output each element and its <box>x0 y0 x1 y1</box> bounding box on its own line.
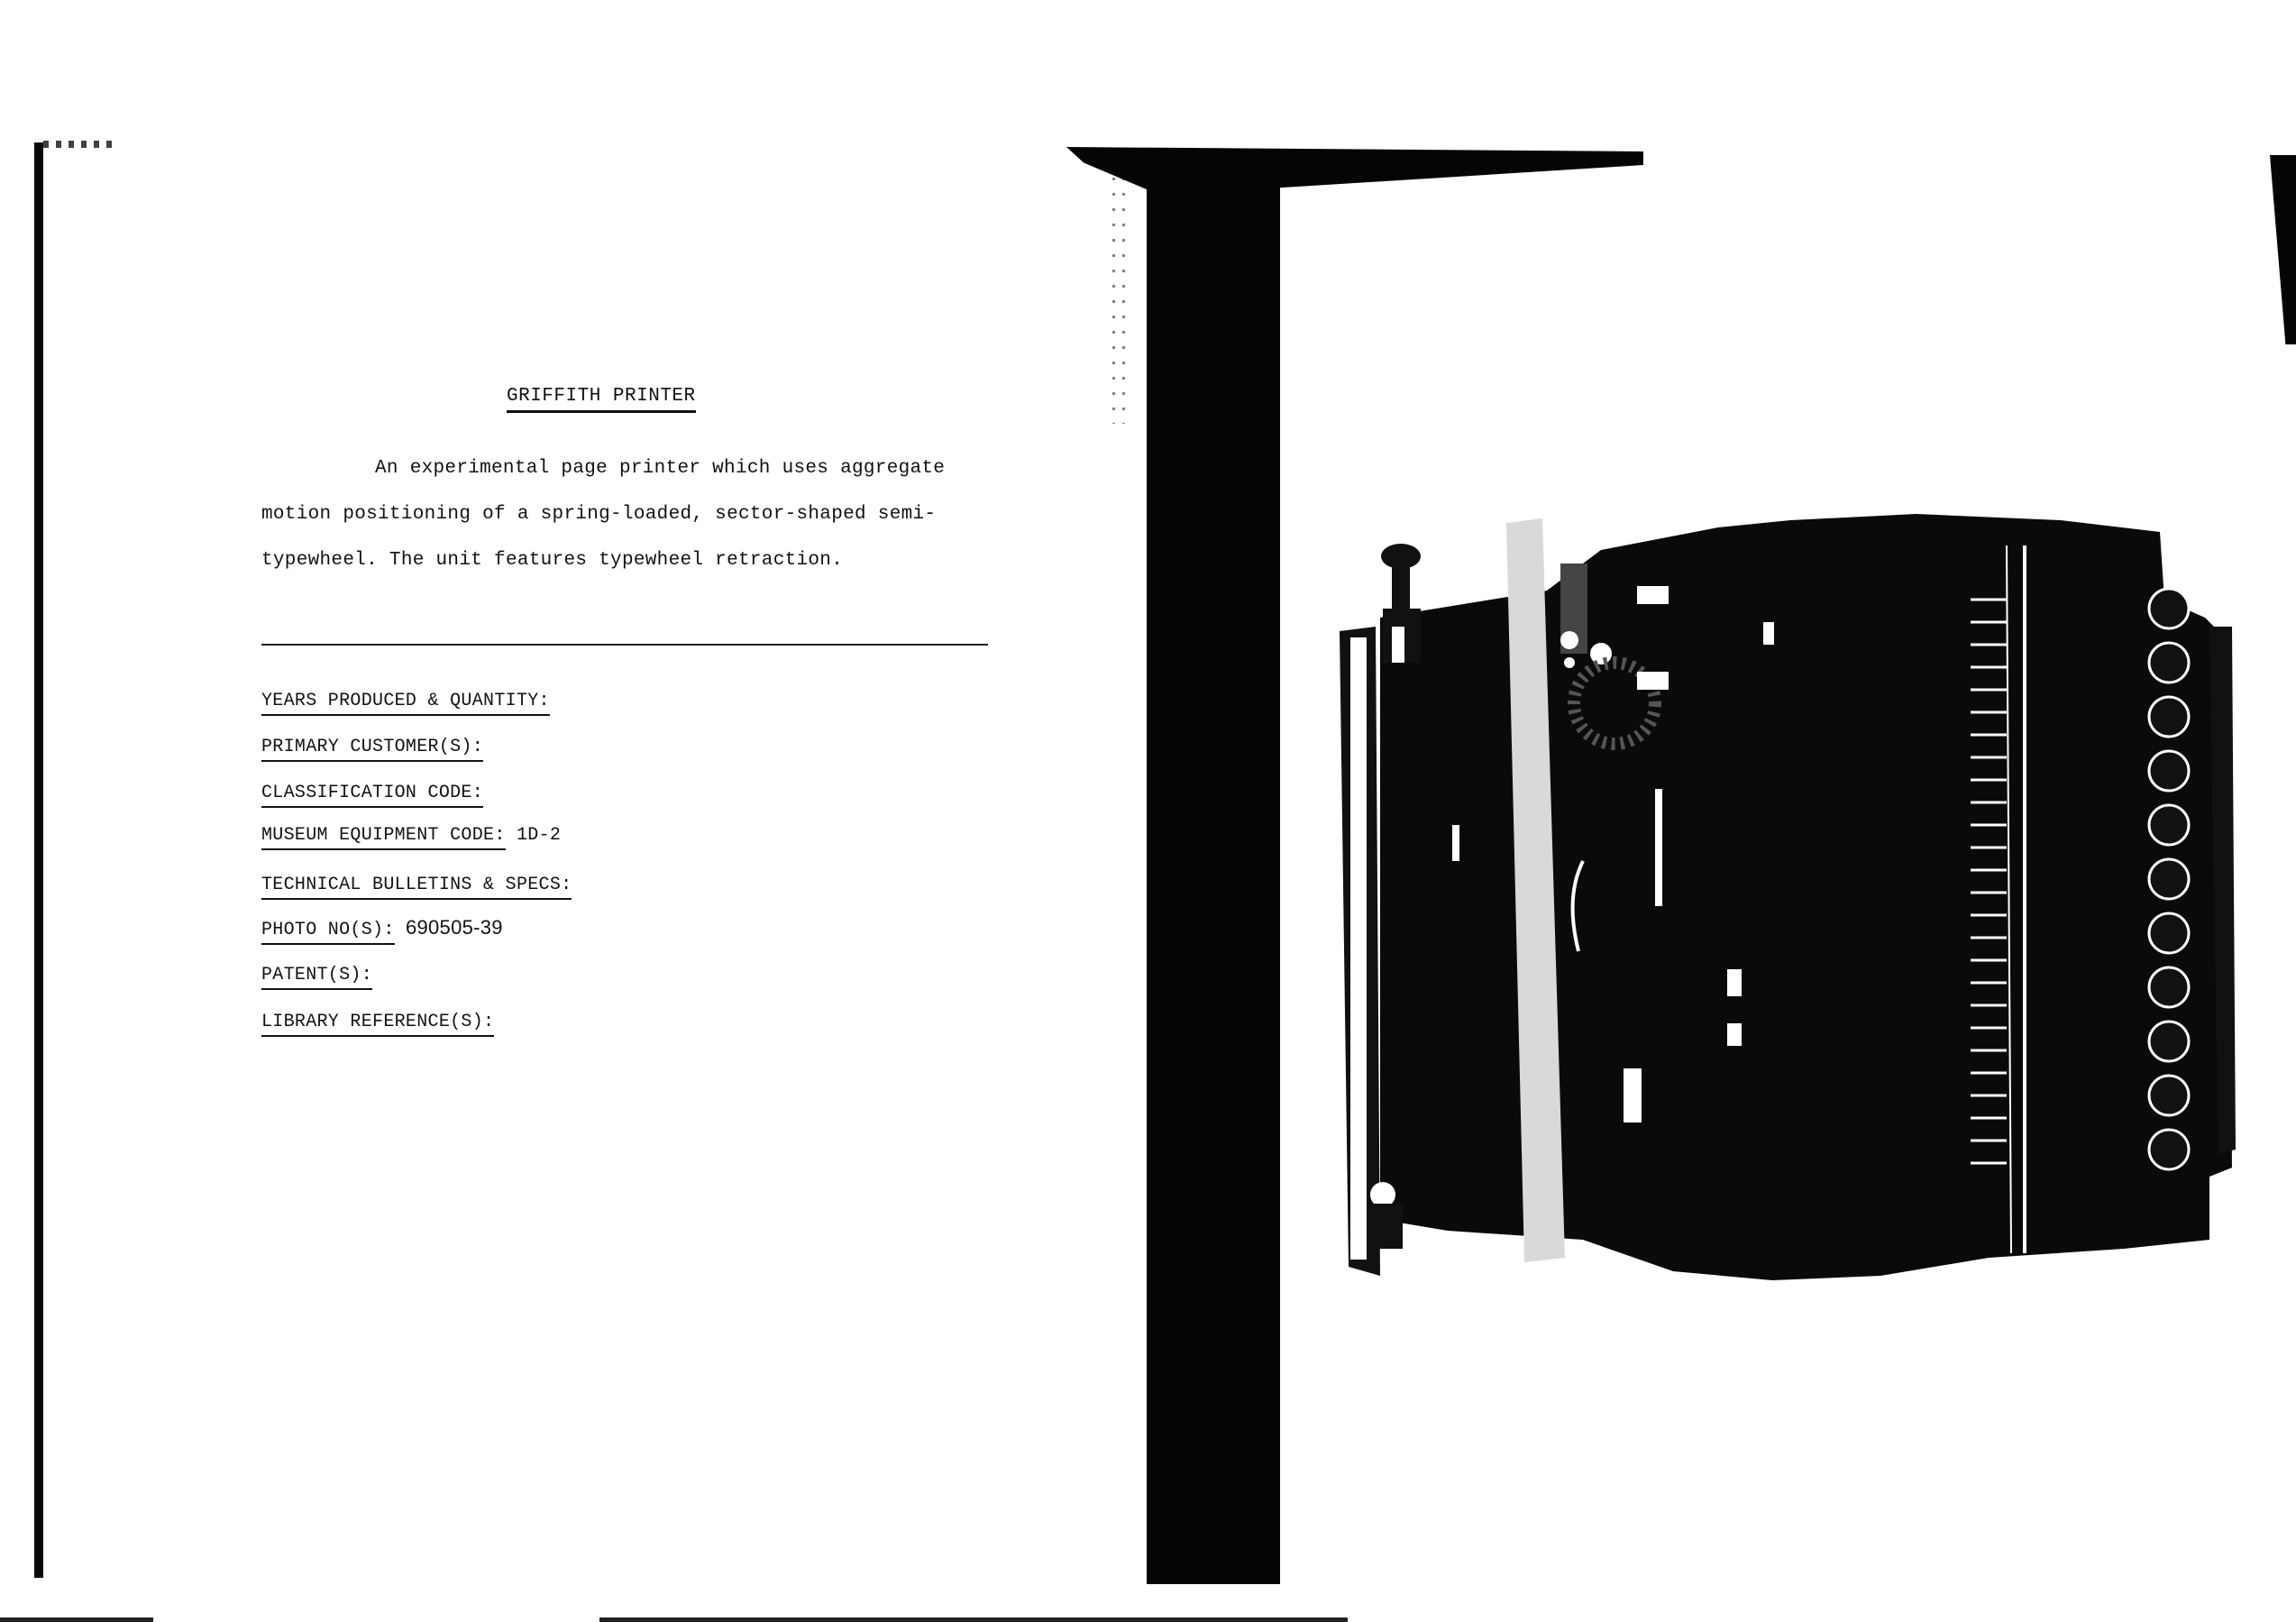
page-bottom-edge <box>0 1617 153 1622</box>
photo-page-spine <box>1147 171 1280 1584</box>
field-classification-code: CLASSIFICATION CODE: <box>261 779 483 803</box>
description-line: An experimental page printer which uses … <box>375 458 1060 479</box>
field-label: YEARS PRODUCED & QUANTITY: <box>261 691 550 716</box>
scan-artifact <box>43 141 115 148</box>
description-line: typewheel. The unit features typewheel r… <box>261 550 947 571</box>
document-title: GRIFFITH PRINTER <box>507 386 696 413</box>
field-label: LIBRARY REFERENCE(S): <box>261 1012 494 1037</box>
field-library-reference: LIBRARY REFERENCE(S): <box>261 1008 494 1032</box>
section-divider <box>261 644 988 646</box>
scan-artifact <box>1109 171 1129 424</box>
field-primary-customer: PRIMARY CUSTOMER(S): <box>261 733 483 757</box>
photo-page-right-edge <box>2270 155 2296 344</box>
description-line: motion positioning of a spring-loaded, s… <box>261 504 947 525</box>
field-label: TECHNICAL BULLETINS & SPECS: <box>261 875 572 900</box>
field-value: 1D-2 <box>517 825 561 846</box>
field-photo-number: PHOTO NO(S): 690505-39 <box>261 916 503 940</box>
field-label: PHOTO NO(S): <box>261 920 395 945</box>
field-label: PRIMARY CUSTOMER(S): <box>261 737 483 762</box>
printer-photo <box>1340 482 2236 1312</box>
field-label: PATENT(S): <box>261 965 372 990</box>
field-label: MUSEUM EQUIPMENT CODE: <box>261 825 506 850</box>
field-label: CLASSIFICATION CODE: <box>261 783 483 808</box>
field-value: 690505-39 <box>406 916 503 939</box>
page-bottom-edge <box>599 1617 1348 1622</box>
field-technical-bulletins: TECHNICAL BULLETINS & SPECS: <box>261 871 572 895</box>
field-patents: PATENT(S): <box>261 961 372 985</box>
field-years-produced: YEARS PRODUCED & QUANTITY: <box>261 687 550 711</box>
page-binding-edge <box>34 142 43 1578</box>
field-museum-equipment-code: MUSEUM EQUIPMENT CODE: 1D-2 <box>261 825 561 846</box>
